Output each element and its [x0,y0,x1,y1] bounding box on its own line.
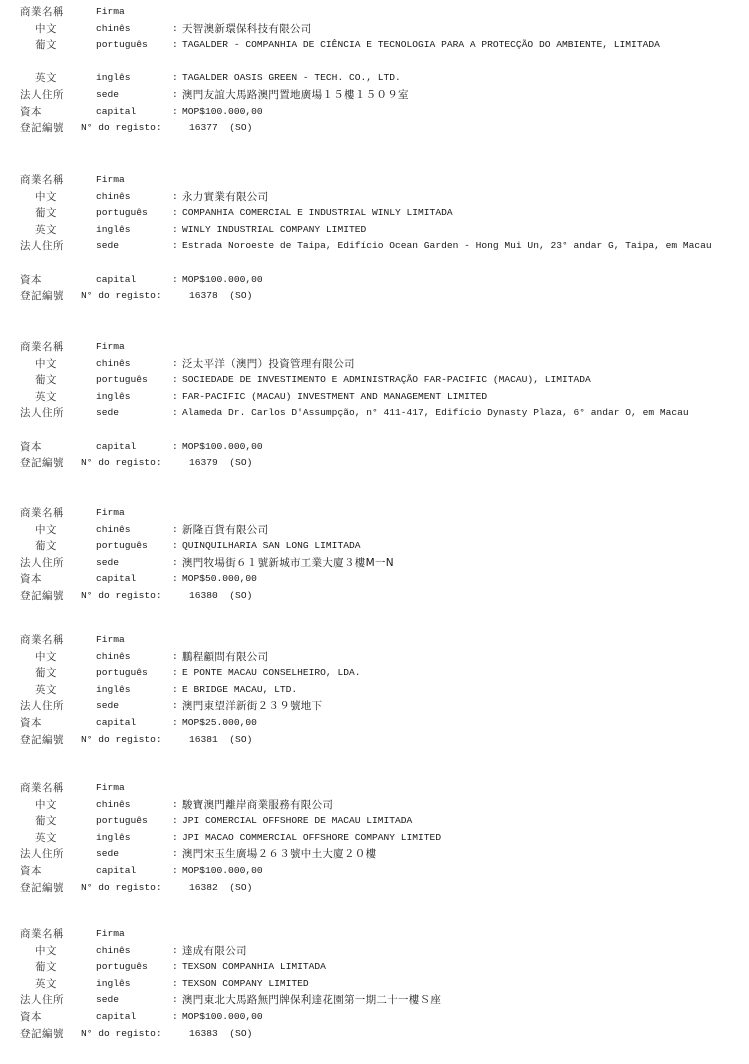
company-entry-16381: 商業名稱 Firma 中文 chinês : 鵬程顧問有限公司 葡文 portu… [0,632,749,748]
chinese-label-zh: 中文 [35,522,57,539]
seat-row: 法人住所 sede : 澳門東北大馬路無門牌保利達花園第一期二十一樓Ｓ座 [0,992,749,1009]
separator: : [172,70,178,87]
seat-row: 法人住所 sede : Estrada Noroeste de Taipa, E… [0,238,749,271]
english-label-zh: 英文 [35,222,57,239]
chinese-label-zh: 中文 [35,356,57,373]
english-name-value: TAGALDER OASIS GREEN - TECH. CO., LTD. [182,70,722,87]
english-label-pt: inglês [96,70,131,87]
chinese-label-zh: 中文 [35,943,57,960]
capital-label-pt: capital [96,863,136,880]
english-name-value: E BRIDGE MACAU, LTD. [182,682,722,699]
separator: : [172,555,178,572]
firma-row: 商業名稱 Firma [0,172,749,189]
seat-label-pt: sede [96,87,119,104]
portuguese-label-zh: 葡文 [35,813,57,830]
firma-row: 商業名稱 Firma [0,926,749,943]
seat-value: 澳門東北大馬路無門牌保利達花園第一期二十一樓Ｓ座 [182,992,722,1009]
portuguese-label-zh: 葡文 [35,538,57,555]
seat-row: 法人住所 sede : 澳門宋玉生廣場２６３號中土大廈２０樓 [0,846,749,863]
firma-row: 商業名稱 Firma [0,632,749,649]
registration-number: 16378 (SO) [189,288,252,305]
seat-label-zh: 法人住所 [20,405,64,422]
portuguese-label-zh: 葡文 [35,665,57,682]
company-entry-16383: 商業名稱 Firma 中文 chinês : 達成有限公司 葡文 portugu… [0,926,749,1042]
english-name-value: JPI MACAO COMMERCIAL OFFSHORE COMPANY LI… [182,830,722,847]
capital-label-pt: capital [96,715,136,732]
firma-label-pt: Firma [96,4,125,21]
capital-label-zh: 資本 [20,1009,42,1026]
separator: : [172,1009,178,1026]
english-name-row: 英文 inglês : WINLY INDUSTRIAL COMPANY LIM… [0,222,749,239]
portuguese-label-pt: português [96,538,148,555]
capital-label-zh: 資本 [20,272,42,289]
separator: : [172,863,178,880]
company-entry-16378: 商業名稱 Firma 中文 chinês : 永力實業有限公司 葡文 portu… [0,172,749,305]
seat-label-zh: 法人住所 [20,87,64,104]
seat-value: Estrada Noroeste de Taipa, Edifício Ocea… [182,238,722,255]
portuguese-label-pt: português [96,813,148,830]
separator: : [172,992,178,1009]
capital-row: 資本 capital : MOP$100.000,00 [0,439,749,456]
registration-label-pt: N° do registo: [81,288,162,305]
firma-label-zh: 商業名稱 [20,4,64,21]
chinese-name-row: 中文 chinês : 天智澳新環保科技有限公司 [0,21,749,38]
registration-number: 16383 (SO) [189,1026,252,1043]
portuguese-name-value: COMPANHIA COMERCIAL E INDUSTRIAL WINLY L… [182,205,722,222]
registration-label-pt: N° do registo: [81,1026,162,1043]
portuguese-label-pt: português [96,665,148,682]
portuguese-label-pt: português [96,205,148,222]
chinese-label-pt: chinês [96,189,131,206]
registration-number: 16381 (SO) [189,732,252,749]
chinese-label-zh: 中文 [35,797,57,814]
portuguese-label-zh: 葡文 [35,959,57,976]
portuguese-name-row: 葡文 português : COMPANHIA COMERCIAL E IND… [0,205,749,222]
capital-value: MOP$100.000,00 [182,272,722,289]
seat-label-zh: 法人住所 [20,238,64,255]
capital-label-pt: capital [96,272,136,289]
chinese-label-pt: chinês [96,797,131,814]
portuguese-name-row: 葡文 português : QUINQUILHARIA SAN LONG LI… [0,538,749,555]
portuguese-name-value: E PONTE MACAU CONSELHEIRO, LDA. [182,665,722,682]
english-label-pt: inglês [96,830,131,847]
firma-label-pt: Firma [96,505,125,522]
seat-row: 法人住所 sede : Alameda Dr. Carlos D'Assumpç… [0,405,749,438]
capital-label-pt: capital [96,439,136,456]
seat-value: 澳門牧場街６１號新城市工業大廈３樓M一N [182,555,722,572]
portuguese-name-row: 葡文 português : TEXSON COMPANHIA LIMITADA [0,959,749,976]
seat-value: 澳門宋玉生廣場２６３號中土大廈２０樓 [182,846,722,863]
capital-label-pt: capital [96,104,136,121]
capital-label-zh: 資本 [20,863,42,880]
separator: : [172,649,178,666]
registration-label-zh: 登記編號 [20,455,64,472]
separator: : [172,389,178,406]
registration-label-zh: 登記編號 [20,732,64,749]
registration-label-zh: 登記編號 [20,120,64,137]
firma-label-pt: Firma [96,780,125,797]
capital-label-zh: 資本 [20,715,42,732]
chinese-name-value: 達成有限公司 [182,943,722,960]
separator: : [172,682,178,699]
capital-row: 資本 capital : MOP$50.000,00 [0,571,749,588]
separator: : [172,715,178,732]
registration-row: 登記編號 N° do registo: 16380 (SO) [0,588,749,605]
portuguese-name-value: JPI COMERCIAL OFFSHORE DE MACAU LIMITADA [182,813,722,830]
seat-label-zh: 法人住所 [20,555,64,572]
english-name-row: 英文 inglês : E BRIDGE MACAU, LTD. [0,682,749,699]
registration-row: 登記編號 N° do registo: 16377 (SO) [0,120,749,137]
separator: : [172,976,178,993]
english-label-pt: inglês [96,682,131,699]
registration-label-pt: N° do registo: [81,588,162,605]
separator: : [172,538,178,555]
seat-label-pt: sede [96,992,119,1009]
firma-label-pt: Firma [96,632,125,649]
separator: : [172,813,178,830]
registration-row: 登記編號 N° do registo: 16381 (SO) [0,732,749,749]
seat-label-pt: sede [96,698,119,715]
registration-label-zh: 登記編號 [20,288,64,305]
firma-row: 商業名稱 Firma [0,505,749,522]
portuguese-name-row: 葡文 português : JPI COMERCIAL OFFSHORE DE… [0,813,749,830]
registration-row: 登記編號 N° do registo: 16378 (SO) [0,288,749,305]
company-entry-16379: 商業名稱 Firma 中文 chinês : 泛太平洋（澳門）投資管理有限公司 … [0,339,749,472]
capital-row: 資本 capital : MOP$100.000,00 [0,1009,749,1026]
capital-value: MOP$50.000,00 [182,571,722,588]
separator: : [172,104,178,121]
english-name-row: 英文 inglês : FAR-PACIFIC (MACAU) INVESTME… [0,389,749,406]
separator: : [172,698,178,715]
separator: : [172,439,178,456]
separator: : [172,189,178,206]
chinese-name-row: 中文 chinês : 達成有限公司 [0,943,749,960]
english-name-value: TEXSON COMPANY LIMITED [182,976,722,993]
capital-value: MOP$100.000,00 [182,104,722,121]
separator: : [172,797,178,814]
separator: : [172,846,178,863]
registration-number: 16380 (SO) [189,588,252,605]
chinese-name-row: 中文 chinês : 駿寶澳門離岸商業服務有限公司 [0,797,749,814]
separator: : [172,238,178,255]
registration-number: 16382 (SO) [189,880,252,897]
registration-number: 16379 (SO) [189,455,252,472]
chinese-label-pt: chinês [96,356,131,373]
portuguese-name-value: QUINQUILHARIA SAN LONG LIMITADA [182,538,722,555]
chinese-name-value: 泛太平洋（澳門）投資管理有限公司 [182,356,722,373]
separator: : [172,205,178,222]
separator: : [172,356,178,373]
capital-label-pt: capital [96,1009,136,1026]
english-name-value: WINLY INDUSTRIAL COMPANY LIMITED [182,222,722,239]
capital-value: MOP$25.000,00 [182,715,722,732]
separator: : [172,571,178,588]
seat-label-pt: sede [96,238,119,255]
chinese-name-row: 中文 chinês : 鵬程顧問有限公司 [0,649,749,666]
registration-label-zh: 登記編號 [20,588,64,605]
firma-row: 商業名稱 Firma [0,4,749,21]
chinese-label-pt: chinês [96,522,131,539]
separator: : [172,830,178,847]
firma-row: 商業名稱 Firma [0,339,749,356]
seat-row: 法人住所 sede : 澳門牧場街６１號新城市工業大廈３樓M一N [0,555,749,572]
capital-row: 資本 capital : MOP$100.000,00 [0,272,749,289]
seat-label-pt: sede [96,555,119,572]
separator: : [172,665,178,682]
chinese-name-value: 天智澳新環保科技有限公司 [182,21,722,38]
portuguese-label-pt: português [96,37,148,54]
portuguese-label-pt: português [96,372,148,389]
seat-row: 法人住所 sede : 澳門東望洋新街２３９號地下 [0,698,749,715]
chinese-label-pt: chinês [96,943,131,960]
seat-row: 法人住所 sede : 澳門友誼大馬路澳門置地廣場１５樓１５０９室 [0,87,749,104]
portuguese-name-row: 葡文 português : E PONTE MACAU CONSELHEIRO… [0,665,749,682]
registration-row: 登記編號 N° do registo: 16379 (SO) [0,455,749,472]
firma-label-pt: Firma [96,926,125,943]
registration-label-pt: N° do registo: [81,880,162,897]
separator: : [172,87,178,104]
capital-row: 資本 capital : MOP$25.000,00 [0,715,749,732]
company-entry-16382: 商業名稱 Firma 中文 chinês : 駿寶澳門離岸商業服務有限公司 葡文… [0,780,749,896]
seat-value: 澳門東望洋新街２３９號地下 [182,698,722,715]
capital-row: 資本 capital : MOP$100.000,00 [0,104,749,121]
english-name-value: FAR-PACIFIC (MACAU) INVESTMENT AND MANAG… [182,389,722,406]
seat-label-zh: 法人住所 [20,698,64,715]
registration-row: 登記編號 N° do registo: 16383 (SO) [0,1026,749,1043]
separator: : [172,959,178,976]
english-label-zh: 英文 [35,976,57,993]
chinese-name-row: 中文 chinês : 泛太平洋（澳門）投資管理有限公司 [0,356,749,373]
firma-label-zh: 商業名稱 [20,339,64,356]
english-label-pt: inglês [96,976,131,993]
portuguese-label-zh: 葡文 [35,37,57,54]
firma-label-pt: Firma [96,172,125,189]
portuguese-name-value: TEXSON COMPANHIA LIMITADA [182,959,722,976]
separator: : [172,222,178,239]
chinese-name-value: 新隆百貨有限公司 [182,522,722,539]
separator: : [172,37,178,54]
chinese-label-zh: 中文 [35,21,57,38]
capital-label-zh: 資本 [20,104,42,121]
english-label-zh: 英文 [35,389,57,406]
portuguese-label-pt: português [96,959,148,976]
english-label-pt: inglês [96,222,131,239]
english-label-zh: 英文 [35,682,57,699]
separator: : [172,372,178,389]
firma-label-pt: Firma [96,339,125,356]
portuguese-name-row: 葡文 português : TAGALDER - COMPANHIA DE C… [0,37,749,70]
chinese-label-pt: chinês [96,649,131,666]
seat-value: Alameda Dr. Carlos D'Assumpção, n° 411-4… [182,405,722,422]
chinese-label-pt: chinês [96,21,131,38]
chinese-name-value: 駿寶澳門離岸商業服務有限公司 [182,797,722,814]
registration-label-pt: N° do registo: [81,455,162,472]
firma-label-zh: 商業名稱 [20,505,64,522]
registration-label-zh: 登記編號 [20,880,64,897]
portuguese-name-row: 葡文 português : SOCIEDADE DE INVESTIMENTO… [0,372,749,389]
portuguese-label-zh: 葡文 [35,205,57,222]
capital-value: MOP$100.000,00 [182,863,722,880]
firma-label-zh: 商業名稱 [20,780,64,797]
capital-label-zh: 資本 [20,439,42,456]
firma-label-zh: 商業名稱 [20,926,64,943]
separator: : [172,943,178,960]
portuguese-name-value: SOCIEDADE DE INVESTIMENTO E ADMINISTRAÇÃ… [182,372,722,389]
english-name-row: 英文 inglês : JPI MACAO COMMERCIAL OFFSHOR… [0,830,749,847]
chinese-name-row: 中文 chinês : 新隆百貨有限公司 [0,522,749,539]
firma-label-zh: 商業名稱 [20,172,64,189]
registration-label-pt: N° do registo: [81,120,162,137]
chinese-label-zh: 中文 [35,649,57,666]
seat-label-zh: 法人住所 [20,992,64,1009]
seat-value: 澳門友誼大馬路澳門置地廣場１５樓１５０９室 [182,87,722,104]
separator: : [172,21,178,38]
english-label-zh: 英文 [35,70,57,87]
separator: : [172,405,178,422]
firma-label-zh: 商業名稱 [20,632,64,649]
english-name-row: 英文 inglês : TEXSON COMPANY LIMITED [0,976,749,993]
capital-label-pt: capital [96,571,136,588]
company-entry-16377: 商業名稱 Firma 中文 chinês : 天智澳新環保科技有限公司 葡文 p… [0,4,749,137]
seat-label-pt: sede [96,405,119,422]
capital-value: MOP$100.000,00 [182,1009,722,1026]
registration-row: 登記編號 N° do registo: 16382 (SO) [0,880,749,897]
portuguese-name-value: TAGALDER - COMPANHIA DE CIÊNCIA E TECNOL… [182,37,722,54]
capital-value: MOP$100.000,00 [182,439,722,456]
english-name-row: 英文 inglês : TAGALDER OASIS GREEN - TECH.… [0,70,749,87]
registration-number: 16377 (SO) [189,120,252,137]
chinese-name-value: 鵬程顧問有限公司 [182,649,722,666]
english-label-pt: inglês [96,389,131,406]
registration-label-pt: N° do registo: [81,732,162,749]
capital-label-zh: 資本 [20,571,42,588]
english-label-zh: 英文 [35,830,57,847]
chinese-label-zh: 中文 [35,189,57,206]
company-entry-16380: 商業名稱 Firma 中文 chinês : 新隆百貨有限公司 葡文 portu… [0,505,749,605]
registration-label-zh: 登記編號 [20,1026,64,1043]
separator: : [172,272,178,289]
chinese-name-row: 中文 chinês : 永力實業有限公司 [0,189,749,206]
portuguese-label-zh: 葡文 [35,372,57,389]
chinese-name-value: 永力實業有限公司 [182,189,722,206]
seat-label-pt: sede [96,846,119,863]
seat-label-zh: 法人住所 [20,846,64,863]
separator: : [172,522,178,539]
firma-row: 商業名稱 Firma [0,780,749,797]
capital-row: 資本 capital : MOP$100.000,00 [0,863,749,880]
